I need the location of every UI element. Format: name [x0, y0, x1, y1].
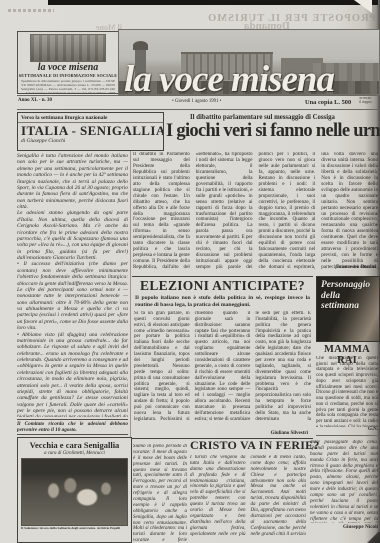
article-cristo-headline: CRISTO VA IN FERIE? — [190, 438, 312, 453]
article-elezioni-headline: ELEZIONI ANTICIPATE? — [132, 277, 313, 293]
issue-date: • Giovedì 1 agosto 1991 • — [172, 99, 221, 104]
article-italia-note: Il Comitato ricorda che le adesioni debb… — [17, 419, 128, 435]
article-italia-body: Senigallia è tutta l'attenzione del mond… — [17, 153, 128, 417]
info-box-title: la voce misena — [18, 63, 118, 73]
article-cristo-body: I turisti che vengono da tutta Italia e … — [190, 455, 306, 543]
article-giochi-signature: Francesco Bonini — [300, 264, 376, 270]
copy-price: Una copia L. 500 — [305, 99, 351, 106]
personaggio-script-line: Personaggio — [317, 277, 379, 291]
article-mamma-rai-signature: G.N. — [316, 427, 378, 432]
article-italia-byline: di Giuseppe Cionchi — [18, 138, 163, 144]
rule — [17, 95, 378, 96]
newspaper-front-page: PROPOSTE PER IL TURISMO Domanda il Mone … — [0, 0, 380, 543]
article-giochi-kicker: Il dibattito parlamentare sul messaggio … — [190, 114, 335, 121]
article-elezioni-box: ELEZIONI ANTICIPATE? Il popolo italiano … — [132, 276, 313, 439]
vecchia-historic-photo — [21, 458, 128, 526]
personaggio-script-line: della — [317, 291, 379, 302]
article-giochi-body: Il dibattito in Parlamento sul messaggio… — [133, 152, 378, 273]
info-box-thumbnail-photo — [30, 34, 106, 62]
vecchia-senigallia-box: Vecchia e cara Senigallia a cura di Giro… — [17, 437, 132, 543]
article-italia-header-box: Verso la settimana liturgica nazionale I… — [17, 112, 164, 151]
article-cristo-column-4: delle passeggiate dopo cena. Quindi poss… — [310, 440, 378, 523]
masthead-info-box: la voce misena SETTIMANALE DI INFORMAZIO… — [17, 31, 119, 94]
article-elezioni-subtitle: Il popolo italiano non è stufo della pol… — [135, 295, 310, 309]
newspaper-logo: la voce misena — [124, 61, 334, 95]
article-italia-headline: ITALIA - SENIGALLIA — [18, 123, 163, 138]
info-box-fine-print: Spedizione in abbonamento postale gruppo… — [18, 78, 118, 93]
info-box-subtitle: SETTIMANALE DI INFORMAZIONE SOCIALE — [18, 73, 118, 78]
personaggio-script-line: settimana — [317, 301, 379, 312]
article-cristo-signature: Giuseppe Nicoli — [310, 524, 378, 530]
vecchia-photo-caption: Il Salesiano: lavoro della Salineria deg… — [21, 527, 128, 531]
panorama-dome — [133, 41, 148, 50]
article-italia-kicker: Verso la settimana liturgica nazionale — [18, 113, 163, 123]
masthead-panorama-photo: la voce misena — [118, 29, 380, 95]
rule — [316, 435, 378, 436]
vecchia-headline: Vecchia e cara Senigallia — [18, 441, 131, 450]
article-elezioni-signature: Giuliano Silvestri — [268, 431, 308, 436]
scan-corner-shadow — [362, 532, 380, 543]
personaggio-photo-box: Personaggio della settimana — [316, 276, 380, 342]
page-curl — [354, 0, 372, 13]
article-mamma-rai-body: Che dissoluzione in questi giorni nel ca… — [316, 356, 378, 427]
issue-number: Anno XL - n. 30 — [18, 98, 52, 103]
article-cristo-column-1: Siamo in pieno periodo di vacanze: il me… — [133, 444, 187, 543]
rule — [17, 109, 378, 110]
article-giochi-headline: I giochi veri si fanno nelle urne — [166, 121, 378, 141]
vecchia-byline: a cura di Girolimetti, Mencucci — [18, 451, 131, 456]
scan-smudge — [8, 9, 54, 12]
back-issue-price: Arretrati: il doppio — [353, 97, 378, 105]
article-elezioni-body: Si fa un gran parlare, in questi convuls… — [134, 311, 311, 427]
top-black-bar — [48, 0, 378, 5]
